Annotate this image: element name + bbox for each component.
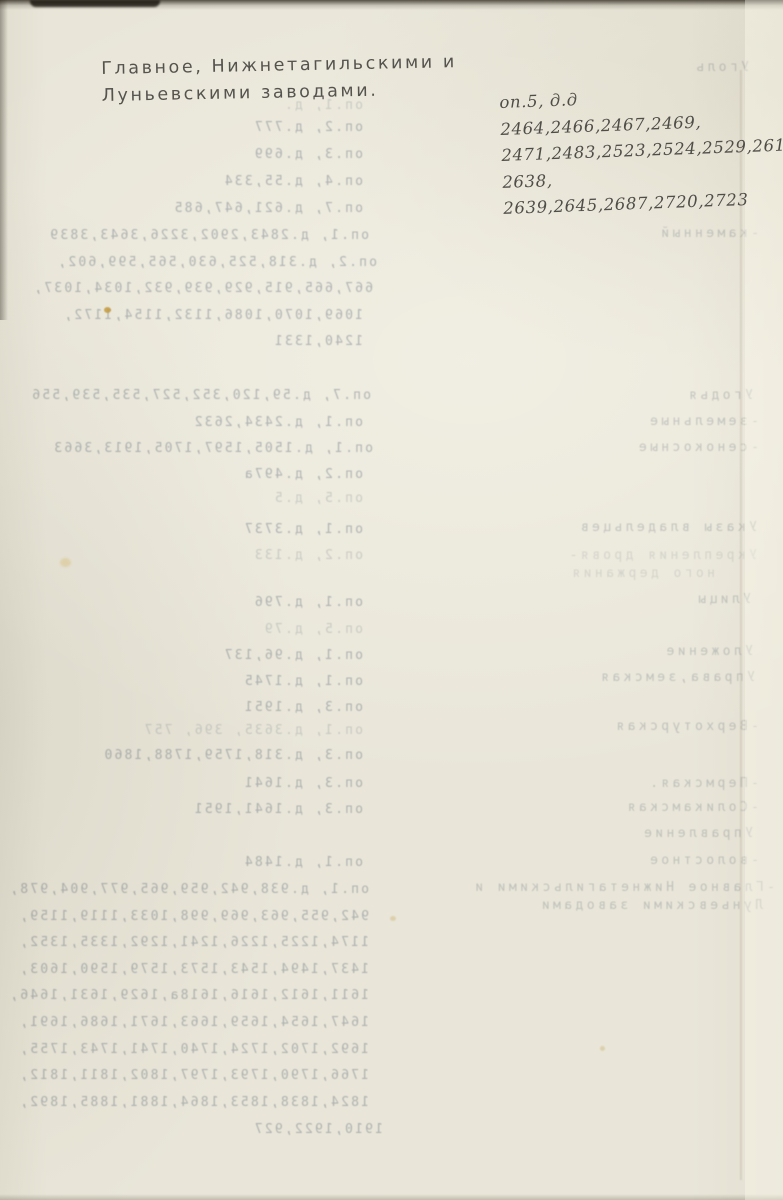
bleedthrough-reference-numbers: 1910,1922,927: [253, 1122, 383, 1137]
bleedthrough-subject-label: Укрепления дровя-: [566, 548, 757, 563]
bleedthrough-reference-numbers: оп.5, д.5: [273, 491, 363, 506]
bleedthrough-subject-label: -каменный: [658, 226, 759, 241]
bleedthrough-reference-numbers: оп.2, д.497а: [243, 467, 363, 482]
bleedthrough-reference-numbers: оп.1, д.3737: [243, 522, 363, 537]
bleedthrough-reference-numbers: оп.1, д.2434,2632: [193, 415, 363, 430]
bleedthrough-reference-numbers: оп.1, д.796: [253, 595, 363, 610]
bleedthrough-subject-label: Уложение: [663, 644, 753, 659]
bleedthrough-subject-label: Управа,земская: [598, 670, 755, 685]
bleedthrough-reference-numbers: 942,955,963,969,998,1033,1119,1159,: [18, 909, 369, 924]
bleedthrough-reference-numbers: оп.1, д.1745: [243, 674, 363, 689]
bottom-edge-shadow: [0, 1194, 783, 1200]
foxing-spot: [600, 1046, 605, 1051]
bleedthrough-reference-numbers: оп.3, д.1951: [243, 700, 363, 715]
bleedthrough-subject-label: Уголь: [693, 60, 749, 75]
scanned-document-page: Уголь-каменныйУгодья-земельные-сенокосны…: [0, 0, 783, 1200]
bleedthrough-reference-numbers: 1437,1494,1543,1573,1579,1590,1603,: [18, 962, 369, 977]
bleedthrough-subject-label: -Пермская.: [647, 776, 759, 791]
foxing-spot: [390, 916, 396, 921]
bleedthrough-reference-numbers: 1647,1654,1659,1663,1671,1686,1691,: [18, 1015, 369, 1030]
bleedthrough-subject-label: ного держания: [569, 566, 715, 581]
foxing-spot: [60, 558, 71, 567]
bleedthrough-reference-numbers: оп.3, д.1641: [243, 776, 363, 791]
bleedthrough-reference-numbers: оп.1, д.1484: [243, 855, 363, 870]
bleedthrough-reference-numbers: 1766,1790,1793,1797,1802,1811,1812,: [18, 1068, 369, 1083]
bleedthrough-subject-label: -земельные: [647, 414, 759, 429]
bleedthrough-reference-numbers: оп.2, д.318,525,630,565,599,602,: [56, 255, 377, 270]
bleedthrough-reference-numbers: оп.7, д.621,647,685: [172, 201, 363, 216]
top-edge-shadow: [0, 0, 783, 10]
bleedthrough-reference-numbers: оп.5, д.79: [263, 622, 363, 637]
bleedthrough-subject-label: -Верхотурская: [613, 719, 759, 734]
bleedthrough-subject-label: -сенокосные: [636, 440, 760, 455]
bleedthrough-reference-numbers: оп.1, д.3635, 396, 757: [142, 723, 363, 738]
bleedthrough-reference-numbers: оп.1, д.2843,2902,3226,3643,3839: [48, 228, 369, 243]
bleedthrough-reference-numbers: оп.4, д.55,334: [223, 174, 363, 189]
bleedthrough-reference-numbers: 1611,1612,1616,1618а,1629,1631,1646,: [8, 988, 369, 1003]
bleedthrough-reference-numbers: 1069,1070,1086,1132,1154,1172,: [62, 308, 363, 323]
bleedthrough-subject-label: -Соликамская: [624, 800, 759, 815]
bleedthrough-reference-numbers: 1692,1702,1724,1740,1741,1743,1755,: [18, 1042, 369, 1057]
bleedthrough-subject-label: Луньевскими заводами: [538, 898, 763, 913]
handwritten-title: Главное, Нижнетагильскими и Луньевскими …: [101, 48, 502, 110]
bleedthrough-reference-numbers: 667,665,915,929,939,932,1034,1037,: [32, 281, 373, 296]
bleedthrough-reference-numbers: оп.2, д.777: [253, 120, 363, 135]
left-edge-shadow: [0, 0, 8, 320]
bleedthrough-subject-label: Угодья: [686, 388, 753, 403]
vertical-crease: [740, 70, 744, 1180]
bleedthrough-reference-numbers: оп.3, д.699: [253, 147, 363, 162]
bleedthrough-reference-numbers: оп.1, д.938,942,959,965,977,904,978,: [8, 882, 369, 897]
top-edge-dark-blob: [30, 0, 160, 7]
handwritten-note-line3: 2638, 2639,2645,2687,2720,2723: [502, 159, 783, 222]
bleedthrough-reference-numbers: 1174,1225,1226,1241,1292,1335,1352,: [18, 935, 369, 950]
bleedthrough-reference-numbers: оп.3, д.318,1759,1788,1860: [102, 748, 363, 763]
bleedthrough-reference-numbers: оп.7, д.59,120,352,527,535,539,556: [30, 388, 371, 403]
bleedthrough-reference-numbers: оп.1, д.96,137: [223, 648, 363, 663]
bleedthrough-reference-numbers: оп.1, д.1505,1597,1705,1913,3663: [52, 441, 373, 456]
bleedthrough-subject-label: Улицы: [695, 592, 751, 607]
bleedthrough-reference-numbers: оп.2, д.133: [253, 548, 363, 563]
foxing-spot: [104, 307, 111, 313]
bleedthrough-subject-label: Управление: [641, 826, 753, 841]
handwritten-archival-note: оп.5, д.д 2464,2466,2467,2469, 2471,2483…: [499, 80, 783, 223]
bleedthrough-subject-label: Указы владельцев: [577, 520, 757, 535]
bleedthrough-reference-numbers: 1824,1838,1853,1864,1881,1885,1892,: [18, 1095, 369, 1110]
bleedthrough-subject-label: -волостное: [647, 853, 759, 868]
bleedthrough-reference-numbers: оп.3, д.1641,1951: [193, 802, 363, 817]
bleedthrough-reference-numbers: 1240,1331: [273, 334, 363, 349]
bleedthrough-subject-label: -Главное Нижнетагильскими и: [472, 880, 775, 895]
